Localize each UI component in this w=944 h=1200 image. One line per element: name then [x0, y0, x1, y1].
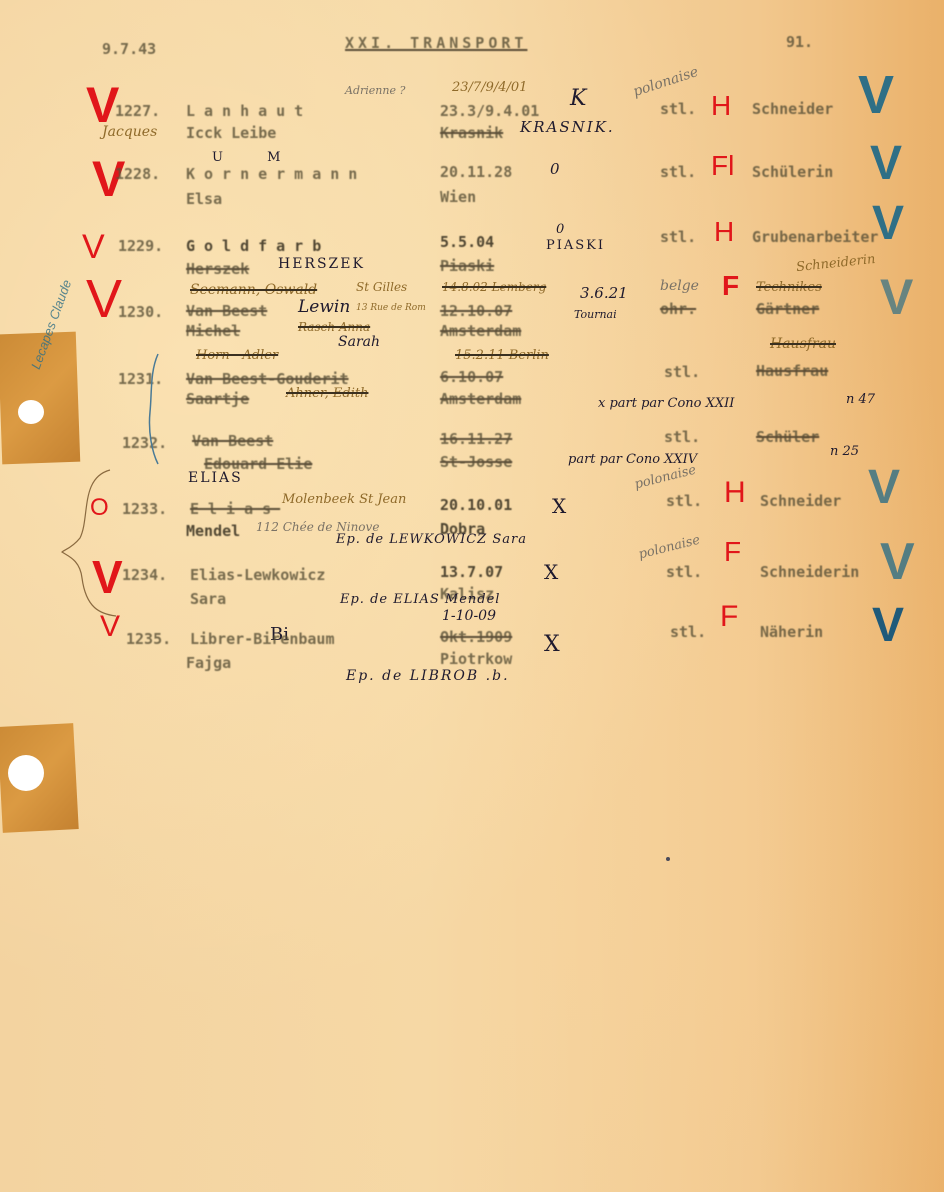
punch-hole-top	[18, 400, 44, 424]
birthdate-handwritten: 1-10-09	[442, 608, 496, 624]
entry-surname: Kornermann	[186, 165, 366, 183]
blue-check-mark: V	[858, 64, 894, 126]
entry-birthplace: Krasnik	[440, 124, 503, 142]
entry-given-name: Fajga	[186, 654, 231, 672]
entry-occupation: Schneiderin	[760, 563, 859, 581]
entry-birthdate: 13.7.07	[440, 563, 503, 581]
blue-check-mark: V	[868, 460, 900, 515]
entry-given-name: Mendel	[186, 522, 240, 540]
occupation-struck-handwritten: Hausfrau	[770, 336, 836, 352]
entry-number: 1235.	[126, 630, 171, 648]
birthdate-struck-handwritten: 14.8.02 Lemberg	[442, 280, 546, 294]
nationality-handwritten: polonaise	[637, 533, 702, 563]
entry-surname: Van Beest	[186, 302, 267, 320]
name-handwritten: Lewin	[298, 297, 350, 317]
surname-handwritten: ELIAS	[188, 470, 243, 486]
struck-name-handwritten: Seemann, Oswald	[190, 282, 317, 298]
punch-hole-bottom	[8, 755, 44, 791]
entry-status: stl.	[664, 428, 700, 446]
gender-mark: F	[722, 270, 739, 302]
entry-occupation: Schüler	[756, 428, 819, 446]
entry-occupation: Schülerin	[752, 163, 833, 181]
gender-mark: H	[724, 476, 746, 510]
birthdate-mark: K	[570, 86, 586, 111]
gender-mark: F	[720, 600, 738, 634]
entry-given-name: Michel	[186, 322, 240, 340]
page-number: 91.	[786, 33, 813, 51]
entry-occupation: Hausfrau	[756, 362, 828, 380]
name-struck-handwritten: Horn - Adler	[196, 348, 278, 363]
document-date: 9.7.43	[102, 40, 156, 58]
birthdate-mark: X	[552, 494, 566, 518]
entry-surname: Lanhaut	[186, 102, 312, 120]
birthdate-mark: 0	[556, 222, 564, 237]
entry-birthdate: 6.10.07	[440, 368, 503, 386]
entry-birthdate: 16.11.27	[440, 430, 512, 448]
blue-check-mark: V	[870, 136, 902, 191]
entry-occupation: Gärtner	[756, 300, 819, 318]
bracket-mark	[60, 468, 120, 618]
entry-birthdate: 20.10.01	[440, 496, 512, 514]
departure-number: n 25	[830, 444, 859, 459]
entry-birthdate: 5.5.04	[440, 233, 494, 251]
entry-number: 1234.	[122, 566, 167, 584]
spouse-handwritten: Ep. de LEWKOWICZ Sara	[336, 532, 527, 547]
entry-surname: Librer-Birenbaum	[190, 630, 335, 648]
blue-bracket-mark	[140, 352, 170, 467]
given-name-handwritten: Sarah	[338, 334, 380, 350]
entry-surname: Van Beest	[192, 432, 273, 450]
street-handwritten: 13 Rue de Rom	[356, 303, 426, 313]
annotation-above-name: Adrienne ?	[345, 84, 405, 97]
entry-birthplace: Wien	[440, 188, 476, 206]
entry-occupation: Näherin	[760, 623, 823, 641]
name-corrections: U M	[212, 150, 300, 165]
entry-given-name: Sara	[190, 590, 226, 608]
birthdate-mark: X	[544, 632, 560, 657]
gender-mark: Fl	[711, 150, 734, 182]
birthdate-mark: X	[544, 560, 558, 584]
entry-status: stl.	[660, 163, 696, 181]
gender-mark: H	[711, 90, 731, 122]
spouse-handwritten: Ep. de ELIAS Mendel	[340, 592, 500, 607]
address-handwritten: Molenbeek St Jean	[282, 492, 406, 507]
entry-surname: Goldfarb	[186, 237, 330, 255]
departure-number: n 47	[846, 392, 875, 407]
entry-birthplace: Piaski	[440, 257, 494, 275]
document-page: 9.7.43 XXI. TRANSPORT 91. V 1227. Lanhau…	[0, 0, 944, 1192]
entry-surname: Elias	[190, 500, 280, 518]
birthdate-handwritten: 23/7/9/4/01	[452, 80, 527, 95]
entry-birthdate: 12.10.07	[440, 302, 512, 320]
entry-birthdate: 20.11.28	[440, 163, 512, 181]
given-name-struck-handwritten: Ahner, Edith	[286, 386, 368, 401]
entry-occupation: Schneider	[752, 100, 833, 118]
birthdate-handwritten: 3.6.21	[580, 284, 628, 302]
given-name-handwritten: HERSZEK	[278, 256, 365, 272]
entry-number: 1227.	[115, 102, 160, 120]
entry-occupation: Schneider	[760, 492, 841, 510]
gender-mark: F	[724, 536, 741, 568]
departure-note: x part par Cono XXII	[598, 396, 734, 411]
entry-status: stl.	[664, 363, 700, 381]
blue-check-mark: V	[872, 196, 904, 251]
entry-number: 1233.	[122, 500, 167, 518]
entry-status: stl.	[666, 563, 702, 581]
nationality-handwritten: polonaise	[633, 463, 698, 493]
spouse-handwritten: Ep. de LIBROB .b.	[346, 668, 510, 684]
entry-status: stl.	[670, 623, 706, 641]
given-name-struck-handwritten: Rasch Anna	[298, 320, 370, 334]
blue-check-mark: V	[872, 598, 904, 653]
red-check-mark: V	[82, 228, 105, 267]
entry-birthdate: Okt.1909	[440, 628, 512, 646]
gender-mark: H	[714, 216, 734, 248]
entry-birthplace: Amsterdam	[440, 390, 521, 408]
entry-number: 1229.	[118, 237, 163, 255]
address-handwritten: St Gilles	[356, 280, 407, 294]
occupation-handwritten: Schneiderin	[795, 252, 876, 275]
departure-note: part par Cono XXIV	[568, 452, 697, 467]
entry-birthplace: St-Josse	[440, 453, 512, 471]
nationality-handwritten: belge	[660, 278, 699, 294]
entry-number: 1230.	[118, 303, 163, 321]
entry-occupation: Grubenarbeiter	[752, 228, 878, 246]
occupation-struck-handwritten: Technikes	[756, 280, 822, 295]
entry-status: stl.	[666, 492, 702, 510]
entry-surname: Elias-Lewkowicz	[190, 566, 325, 584]
entry-birthplace: Amsterdam	[440, 322, 521, 340]
entry-number: 1228.	[115, 165, 160, 183]
birthplace-handwritten: Tournai	[574, 308, 617, 321]
red-check-mark: V	[86, 268, 122, 330]
ink-speck	[666, 857, 670, 861]
birthplace-handwritten: PIASKI	[546, 238, 605, 253]
birthplace-handwritten: KRASNIK.	[520, 118, 615, 136]
entry-status: stl.	[660, 228, 696, 246]
given-name-handwritten: Jacques	[102, 124, 157, 140]
document-title: XXI. TRANSPORT	[345, 34, 527, 52]
blue-check-mark: V	[880, 532, 915, 592]
birthdate-struck-handwritten: 15.2.11 Berlin	[455, 348, 549, 363]
blue-check-mark: V	[880, 268, 913, 326]
entry-given-name: Icck Leibe	[186, 124, 276, 142]
entry-birthplace: Piotrkow	[440, 650, 512, 668]
nationality-handwritten: polonaise	[631, 64, 700, 100]
entry-given-name: Elsa	[186, 190, 222, 208]
birthdate-mark: 0	[550, 160, 560, 178]
entry-status: stl.	[660, 100, 696, 118]
entry-given-name: Herszek	[186, 260, 249, 278]
entry-given-name: Saartje	[186, 390, 249, 408]
entry-status: ohr.	[660, 300, 696, 318]
